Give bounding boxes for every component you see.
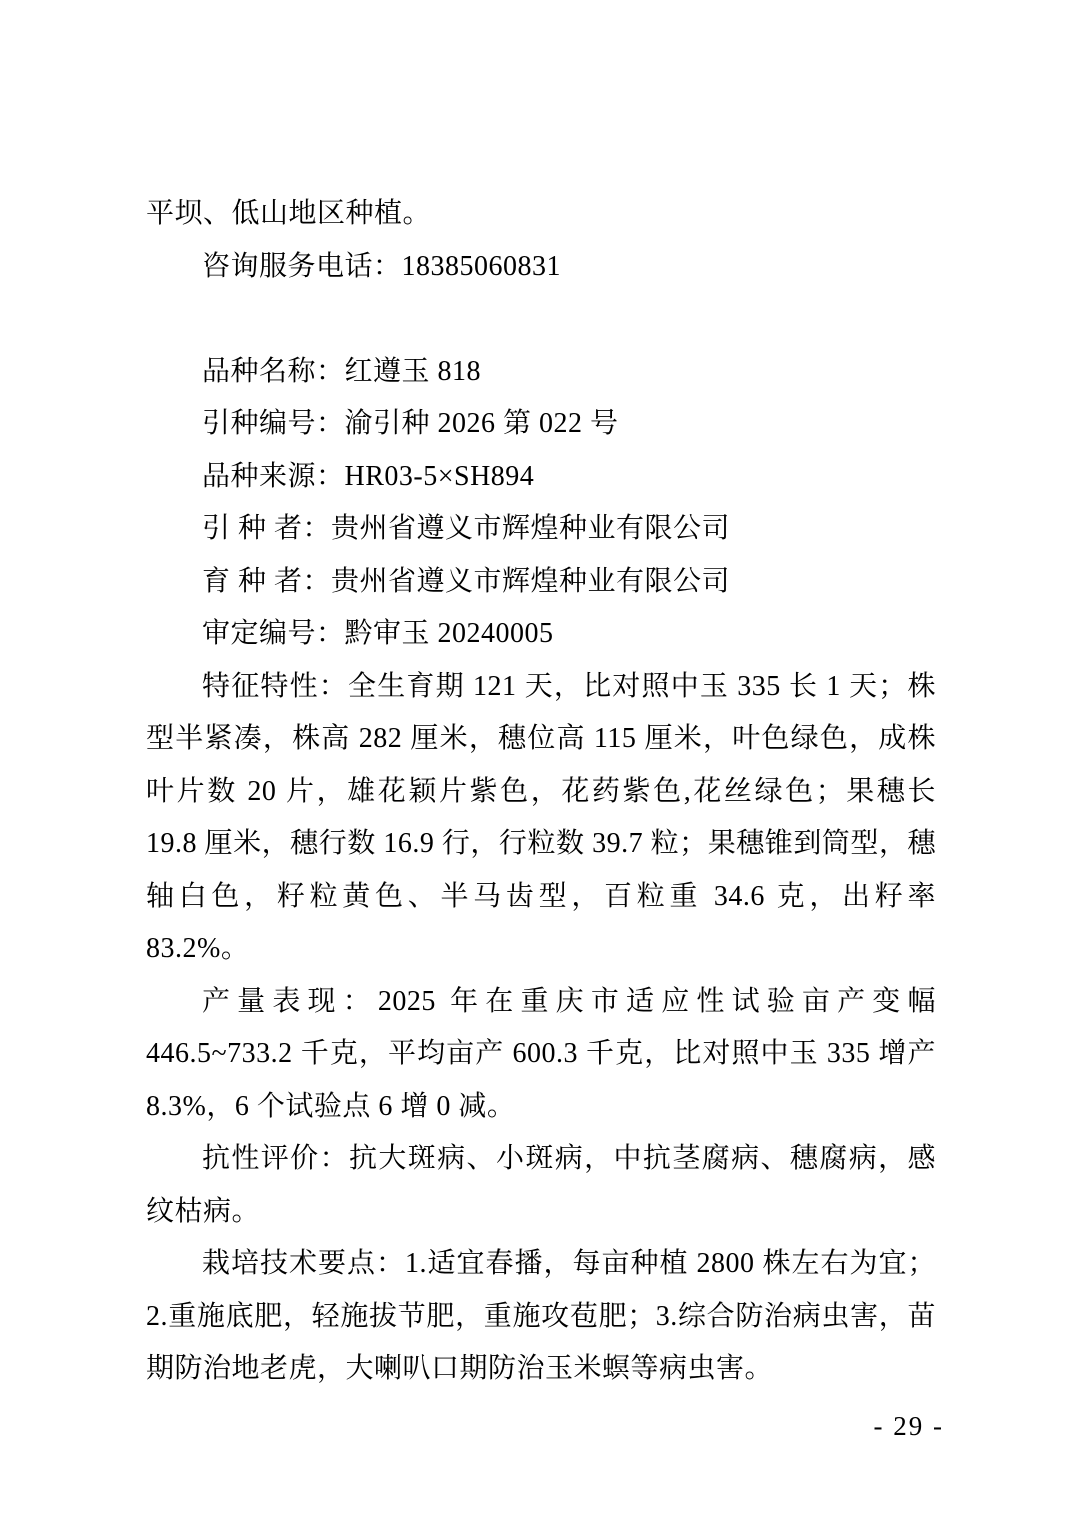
cultivation-paragraph: 栽培技术要点：1.适宜春播，每亩种植 2800 株左右为宜；2.重施底肥，轻施拔…: [146, 1238, 936, 1396]
yield-paragraph: 产量表现：2025 年在重庆市适应性试验亩产变幅 446.5~733.2 千克，…: [146, 976, 936, 1134]
traits-paragraph: 特征特性：全生育期 121 天，比对照中玉 335 长 1 天；株型半紧凑，株高…: [146, 661, 936, 976]
consult-phone-line: 咨询服务电话：18385060831: [146, 241, 936, 294]
approval-number-line: 审定编号：黔审玉 20240005: [146, 608, 936, 661]
introducer-line: 引 种 者：贵州省遵义市辉煌种业有限公司: [146, 503, 936, 556]
introduction-number-line: 引种编号：渝引种 2026 第 022 号: [146, 398, 936, 451]
document-page: 平坝、低山地区种植。 咨询服务电话：18385060831 品种名称：红遵玉 8…: [0, 0, 1074, 1520]
resistance-paragraph: 抗性评价：抗大斑病、小斑病，中抗茎腐病、穗腐病，感纹枯病。: [146, 1133, 936, 1238]
breeder-line: 育 种 者：贵州省遵义市辉煌种业有限公司: [146, 556, 936, 609]
document-body: 平坝、低山地区种植。 咨询服务电话：18385060831 品种名称：红遵玉 8…: [146, 188, 936, 1396]
blank-line: [146, 293, 936, 346]
variety-source-line: 品种来源：HR03-5×SH894: [146, 451, 936, 504]
continuation-line: 平坝、低山地区种植。: [146, 188, 936, 241]
page-number: - 29 -: [874, 1406, 944, 1446]
variety-name-line: 品种名称：红遵玉 818: [146, 346, 936, 399]
